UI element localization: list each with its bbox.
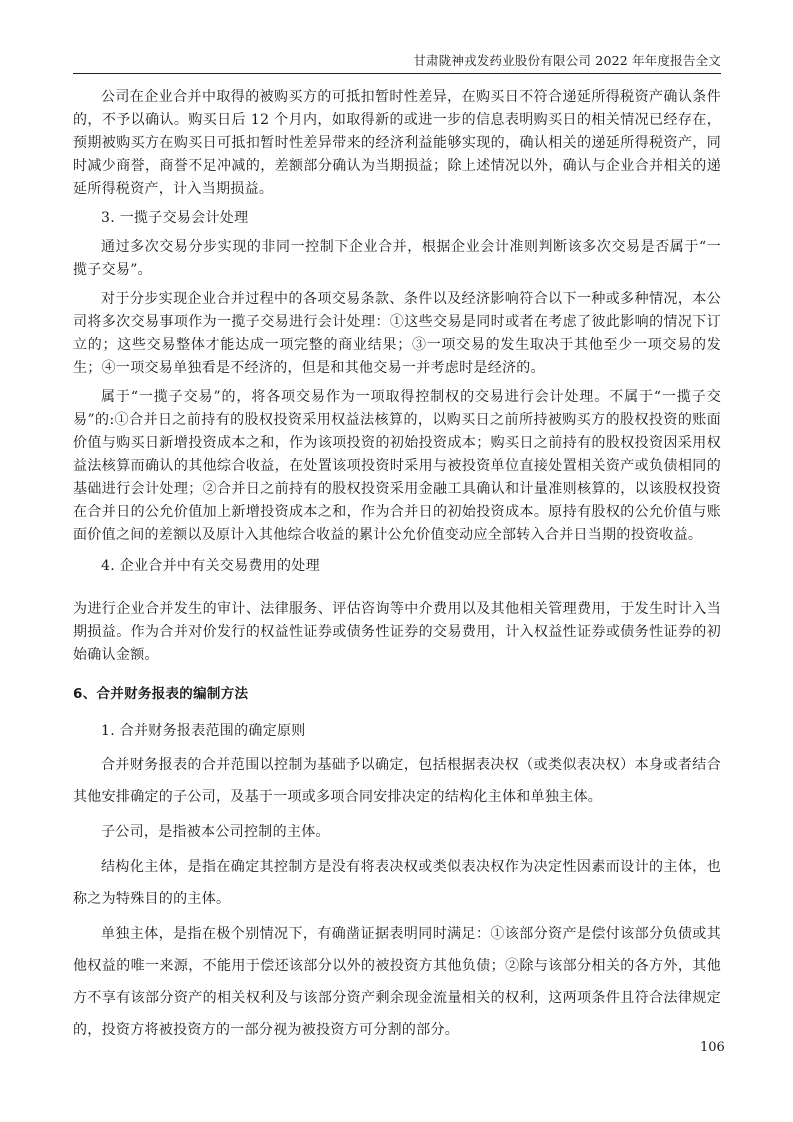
consolidation-section-heading: 6、合并财务报表的编制方法: [73, 683, 721, 706]
consolidation-paragraph-3: 结构化主体，是指在确定其控制方是没有将表决权或类似表决权作为决定性因素而设计的主…: [73, 851, 721, 915]
consolidation-subheading: 1. 合并财务报表范围的确定原则: [73, 720, 721, 743]
package-deal-paragraph-3: 属于“一揽子交易”的，将各项交易作为一项取得控制权的交易进行会计处理。不属于“一…: [73, 386, 721, 547]
package-deal-heading: 3. 一揽子交易会计处理: [73, 207, 721, 230]
transaction-costs-heading: 4. 企业合并中有关交易费用的处理: [73, 555, 721, 578]
report-title: 甘肃陇神戎发药业股份有限公司 2022 年年度报告全文: [413, 52, 721, 70]
consolidation-paragraph-4: 单独主体，是指在极个别情况下，有确凿证据表明同时满足：①该部分资产是偿付该部分负…: [73, 918, 721, 1046]
page-header: 甘肃陇神戎发药业股份有限公司 2022 年年度报告全文: [73, 52, 721, 74]
page-number: 106: [700, 1040, 725, 1055]
document-body: 公司在企业合并中取得的被购买方的可抵扣暂时性差异，在购买日不符合递延所得税资产确…: [73, 86, 721, 1049]
package-deal-paragraph-1: 通过多次交易分步实现的非同一控制下企业合并，根据企业会计准则判断该多次交易是否属…: [73, 236, 721, 282]
deferred-tax-paragraph: 公司在企业合并中取得的被购买方的可抵扣暂时性差异，在购买日不符合递延所得税资产确…: [73, 86, 721, 201]
transaction-costs-paragraph: 为进行企业合并发生的审计、法律服务、评估咨询等中介费用以及其他相关管理费用，于发…: [73, 598, 721, 667]
consolidation-paragraph-1: 合并财务报表的合并范围以控制为基础予以确定，包括根据表决权（或类似表决权）本身或…: [73, 749, 721, 813]
package-deal-paragraph-2: 对于分步实现企业合并过程中的各项交易条款、条件以及经济影响符合以下一种或多种情况…: [73, 288, 721, 380]
consolidation-paragraph-2: 子公司，是指被本公司控制的主体。: [73, 816, 721, 848]
